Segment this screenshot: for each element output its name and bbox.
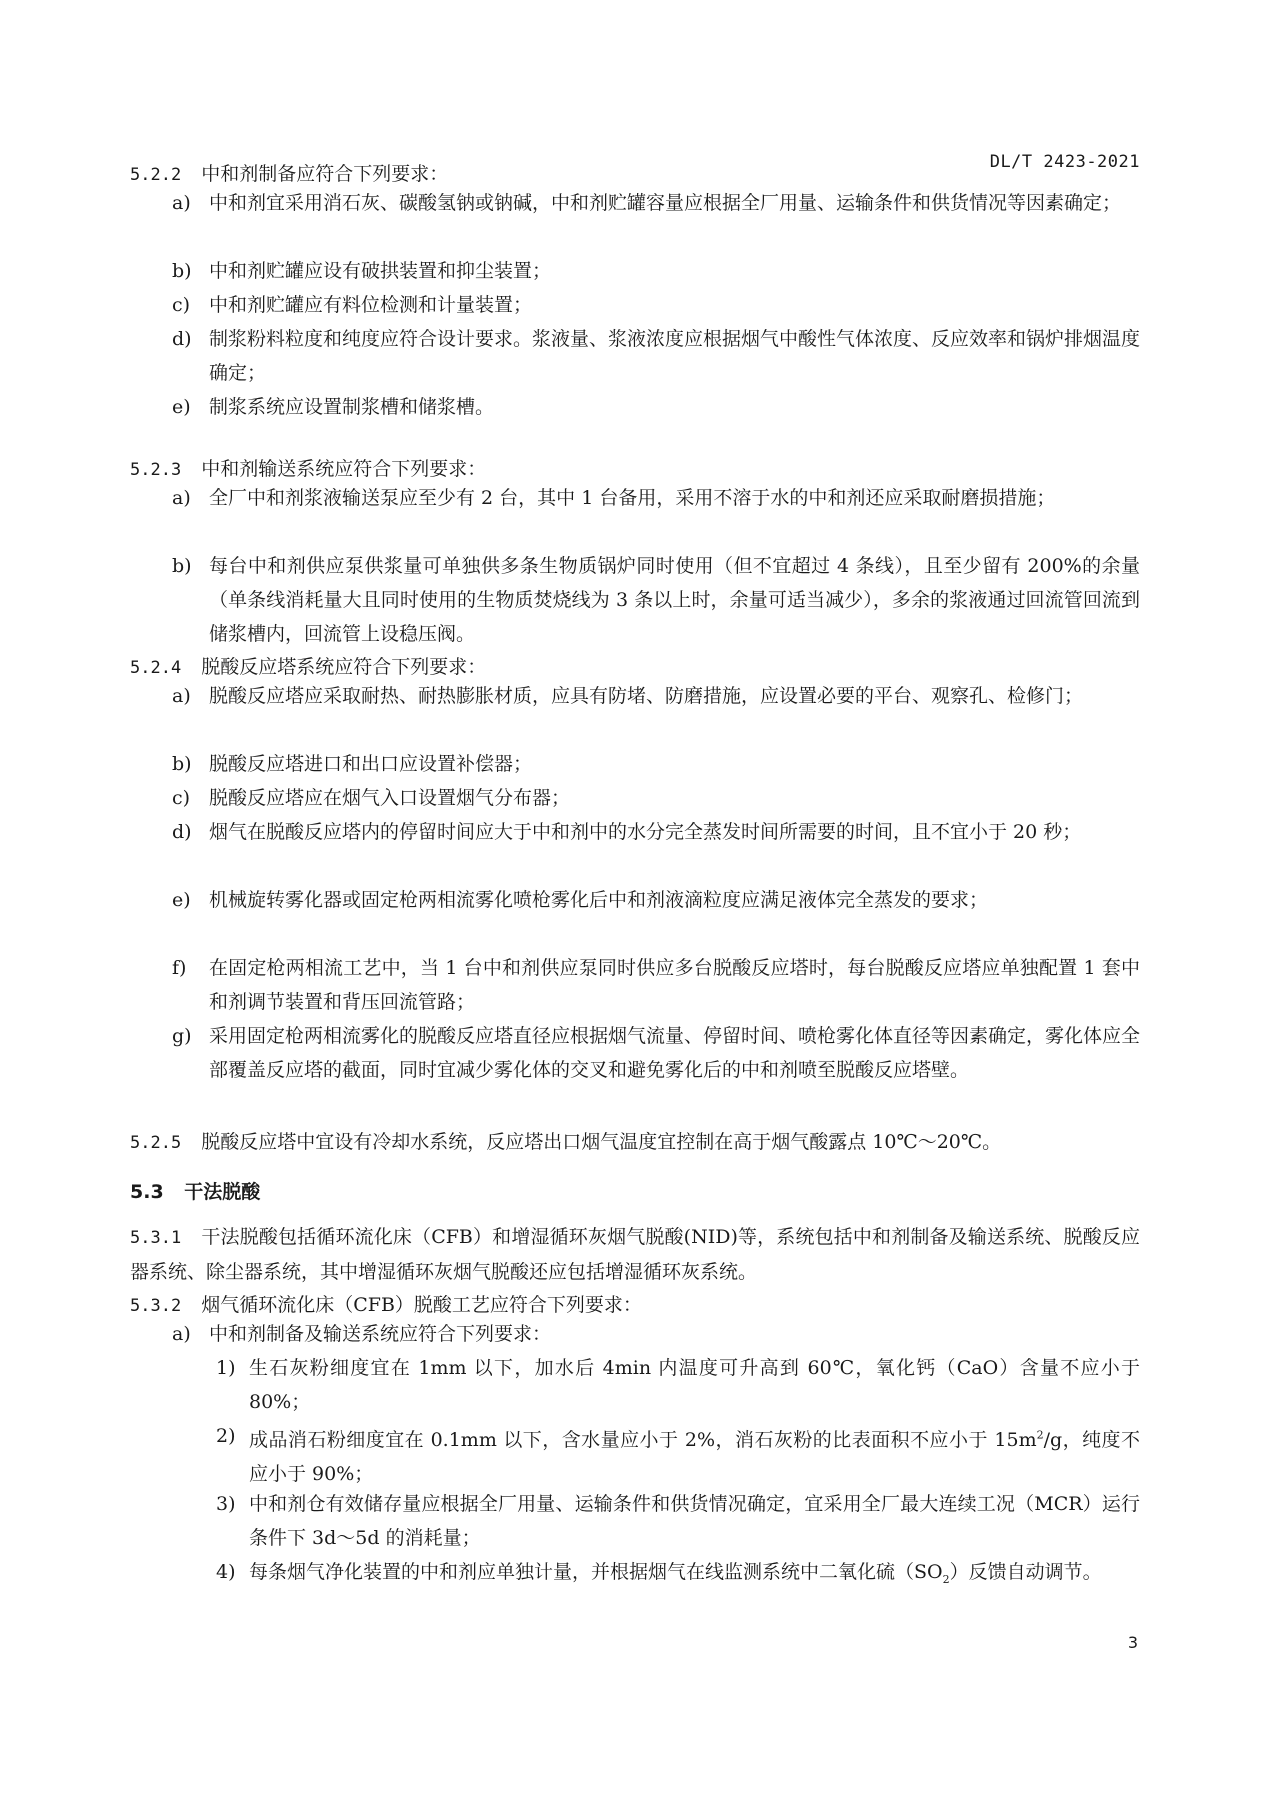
section-title: 干法脱酸 bbox=[184, 1181, 260, 1203]
clause-5-3-2-subitems: 1) 生石灰粉细度宜在 1mm 以下，加水后 4min 内温度可升高到 60℃，… bbox=[216, 1351, 1140, 1623]
list-item: c) 中和剂贮罐应有料位检测和计量装置； bbox=[172, 288, 1140, 322]
item-text: 中和剂贮罐应有料位检测和计量装置； bbox=[209, 294, 532, 316]
page-number: 3 bbox=[1128, 1633, 1138, 1652]
document-code: DL/T 2423-2021 bbox=[990, 152, 1140, 172]
subitem-text: 每条烟气净化装置的中和剂应单独计量，并根据烟气在线监测系统中二氧化硫（SO2）反… bbox=[249, 1561, 1102, 1583]
clause-5-2-3-heading: 5.2.3 中和剂输送系统应符合下列要求： bbox=[130, 457, 486, 482]
clause-number: 5.2.3 bbox=[130, 460, 181, 480]
section-5-3-heading: 5.3 干法脱酸 bbox=[130, 1180, 260, 1204]
list-item: f) 在固定枪两相流工艺中，当 1 台中和剂供应泵同时供应多台脱酸反应塔时，每台… bbox=[172, 951, 1140, 1019]
sub-list-item: 2) 成品消石粉细度宜在 0.1mm 以下，含水量应小于 2%，消石灰粉的比表面… bbox=[216, 1419, 1140, 1487]
item-label: e) bbox=[172, 390, 191, 424]
clause-5-3-2-items: a) 中和剂制备及输送系统应符合下列要求： bbox=[172, 1317, 1140, 1351]
subitem-text: 中和剂仓有效储存量应根据全厂用量、运输条件和供货情况确定，宜采用全厂最大连续工况… bbox=[249, 1493, 1140, 1549]
item-label: a) bbox=[172, 481, 191, 515]
subitem-label: 2) bbox=[216, 1419, 236, 1453]
item-label: a) bbox=[172, 1317, 191, 1351]
item-label: b) bbox=[172, 549, 192, 583]
list-item: b) 脱酸反应塔进口和出口应设置补偿器； bbox=[172, 747, 1140, 781]
item-text: 脱酸反应塔应在烟气入口设置烟气分布器； bbox=[209, 787, 570, 809]
item-label: f) bbox=[172, 951, 186, 985]
superscript: 2 bbox=[1037, 1429, 1044, 1442]
subscript: 2 bbox=[943, 1573, 950, 1586]
clause-title: 脱酸反应塔系统应符合下列要求： bbox=[201, 656, 486, 678]
item-label: b) bbox=[172, 747, 192, 781]
clause-text: 干法脱酸包括循环流化床（CFB）和增湿循环灰烟气脱酸(NID)等，系统包括中和剂… bbox=[130, 1226, 1140, 1283]
list-item: b) 中和剂贮罐应设有破拱装置和抑尘装置； bbox=[172, 254, 1140, 288]
list-item: d) 制浆粉料粒度和纯度应符合设计要求。浆液量、浆液浓度应根据烟气中酸性气体浓度… bbox=[172, 322, 1140, 390]
item-text: 中和剂宜采用消石灰、碳酸氢钠或钠碱，中和剂贮罐容量应根据全厂用量、运输条件和供货… bbox=[209, 192, 1121, 214]
item-label: e) bbox=[172, 883, 191, 917]
item-text: 机械旋转雾化器或固定枪两相流雾化喷枪雾化后中和剂液滴粒度应满足液体完全蒸发的要求… bbox=[209, 889, 988, 911]
list-item: a) 全厂中和剂浆液输送泵应至少有 2 台，其中 1 台备用，采用不溶于水的中和… bbox=[172, 481, 1140, 549]
subitem-text-part: ）反馈自动调节。 bbox=[950, 1561, 1102, 1583]
clause-number: 5.2.2 bbox=[130, 165, 181, 185]
item-label: d) bbox=[172, 815, 192, 849]
subitem-label: 4) bbox=[216, 1555, 236, 1589]
clause-5-2-2-items: a) 中和剂宜采用消石灰、碳酸氢钠或钠碱，中和剂贮罐容量应根据全厂用量、运输条件… bbox=[172, 186, 1140, 424]
item-text: 制浆粉料粒度和纯度应符合设计要求。浆液量、浆液浓度应根据烟气中酸性气体浓度、反应… bbox=[209, 328, 1140, 384]
clause-5-2-4-items: a) 脱酸反应塔应采取耐热、耐热膨胀材质，应具有防堵、防磨措施，应设置必要的平台… bbox=[172, 679, 1140, 1121]
item-text: 脱酸反应塔应采取耐热、耐热膨胀材质，应具有防堵、防磨措施，应设置必要的平台、观察… bbox=[209, 685, 1083, 707]
clause-number: 5.3.2 bbox=[130, 1296, 181, 1316]
list-item: d) 烟气在脱酸反应塔内的停留时间应大于中和剂中的水分完全蒸发时间所需要的时间，… bbox=[172, 815, 1140, 883]
list-item: g) 采用固定枪两相流雾化的脱酸反应塔直径应根据烟气流量、停留时间、喷枪雾化体直… bbox=[172, 1019, 1140, 1121]
list-item: a) 中和剂制备及输送系统应符合下列要求： bbox=[172, 1317, 1140, 1351]
item-label: a) bbox=[172, 186, 191, 220]
item-text: 全厂中和剂浆液输送泵应至少有 2 台，其中 1 台备用，采用不溶于水的中和剂还应… bbox=[209, 487, 1055, 509]
list-item: a) 脱酸反应塔应采取耐热、耐热膨胀材质，应具有防堵、防磨措施，应设置必要的平台… bbox=[172, 679, 1140, 747]
item-text: 每台中和剂供应泵供浆量可单独供多条生物质锅炉同时使用（但不宜超过 4 条线），且… bbox=[209, 555, 1140, 645]
clause-number: 5.2.4 bbox=[130, 658, 181, 678]
clause-number: 5.2.5 bbox=[130, 1133, 181, 1153]
list-item: a) 中和剂宜采用消石灰、碳酸氢钠或钠碱，中和剂贮罐容量应根据全厂用量、运输条件… bbox=[172, 186, 1140, 254]
item-text: 在固定枪两相流工艺中，当 1 台中和剂供应泵同时供应多台脱酸反应塔时，每台脱酸反… bbox=[209, 957, 1140, 1013]
item-text: 中和剂制备及输送系统应符合下列要求： bbox=[209, 1323, 551, 1345]
item-label: c) bbox=[172, 781, 190, 815]
clause-text: 脱酸反应塔中宜设有冷却水系统，反应塔出口烟气温度宜控制在高于烟气酸露点 10℃～… bbox=[201, 1131, 1001, 1153]
item-text: 采用固定枪两相流雾化的脱酸反应塔直径应根据烟气流量、停留时间、喷枪雾化体直径等因… bbox=[209, 1025, 1140, 1081]
clause-title: 烟气循环流化床（CFB）脱酸工艺应符合下列要求： bbox=[201, 1294, 642, 1316]
list-item: c) 脱酸反应塔应在烟气入口设置烟气分布器； bbox=[172, 781, 1140, 815]
list-item: e) 制浆系统应设置制浆槽和储浆槽。 bbox=[172, 390, 1140, 424]
item-label: b) bbox=[172, 254, 192, 288]
list-item: b) 每台中和剂供应泵供浆量可单独供多条生物质锅炉同时使用（但不宜超过 4 条线… bbox=[172, 549, 1140, 651]
item-label: a) bbox=[172, 679, 191, 713]
sub-list-item: 3) 中和剂仓有效储存量应根据全厂用量、运输条件和供货情况确定，宜采用全厂最大连… bbox=[216, 1487, 1140, 1555]
clause-number: 5.3.1 bbox=[130, 1228, 181, 1248]
clause-5-2-5: 5.2.5 脱酸反应塔中宜设有冷却水系统，反应塔出口烟气温度宜控制在高于烟气酸露… bbox=[130, 1130, 1001, 1155]
clause-5-3-1: 5.3.1 干法脱酸包括循环流化床（CFB）和增湿循环灰烟气脱酸(NID)等，系… bbox=[130, 1220, 1140, 1289]
sub-list-item: 4) 每条烟气净化装置的中和剂应单独计量，并根据烟气在线监测系统中二氧化硫（SO… bbox=[216, 1555, 1140, 1623]
item-text: 脱酸反应塔进口和出口应设置补偿器； bbox=[209, 753, 532, 775]
subitem-text-part: 每条烟气净化装置的中和剂应单独计量，并根据烟气在线监测系统中二氧化硫（SO bbox=[249, 1561, 943, 1583]
section-number: 5.3 bbox=[130, 1181, 164, 1203]
subitem-label: 3) bbox=[216, 1487, 236, 1521]
subitem-text: 成品消石粉细度宜在 0.1mm 以下，含水量应小于 2%，消石灰粉的比表面积不应… bbox=[249, 1429, 1140, 1485]
clause-5-3-2-heading: 5.3.2 烟气循环流化床（CFB）脱酸工艺应符合下列要求： bbox=[130, 1293, 642, 1318]
item-label: g) bbox=[172, 1019, 192, 1053]
clause-5-2-4-heading: 5.2.4 脱酸反应塔系统应符合下列要求： bbox=[130, 655, 486, 680]
subitem-text-part: 成品消石粉细度宜在 0.1mm 以下，含水量应小于 2%，消石灰粉的比表面积不应… bbox=[249, 1429, 1037, 1451]
list-item: e) 机械旋转雾化器或固定枪两相流雾化喷枪雾化后中和剂液滴粒度应满足液体完全蒸发… bbox=[172, 883, 1140, 951]
item-label: d) bbox=[172, 322, 192, 356]
item-label: c) bbox=[172, 288, 190, 322]
clause-title: 中和剂制备应符合下列要求： bbox=[201, 163, 448, 185]
item-text: 中和剂贮罐应设有破拱装置和抑尘装置； bbox=[209, 260, 551, 282]
item-text: 制浆系统应设置制浆槽和储浆槽。 bbox=[209, 396, 494, 418]
item-text: 烟气在脱酸反应塔内的停留时间应大于中和剂中的水分完全蒸发时间所需要的时间，且不宜… bbox=[209, 821, 1081, 843]
clause-5-2-3-items: a) 全厂中和剂浆液输送泵应至少有 2 台，其中 1 台备用，采用不溶于水的中和… bbox=[172, 481, 1140, 651]
subitem-label: 1) bbox=[216, 1351, 236, 1385]
sub-list-item: 1) 生石灰粉细度宜在 1mm 以下，加水后 4min 内温度可升高到 60℃，… bbox=[216, 1351, 1140, 1419]
clause-5-2-2-heading: 5.2.2 中和剂制备应符合下列要求： bbox=[130, 162, 448, 187]
clause-title: 中和剂输送系统应符合下列要求： bbox=[201, 458, 486, 480]
subitem-text: 生石灰粉细度宜在 1mm 以下，加水后 4min 内温度可升高到 60℃，氧化钙… bbox=[249, 1357, 1140, 1413]
